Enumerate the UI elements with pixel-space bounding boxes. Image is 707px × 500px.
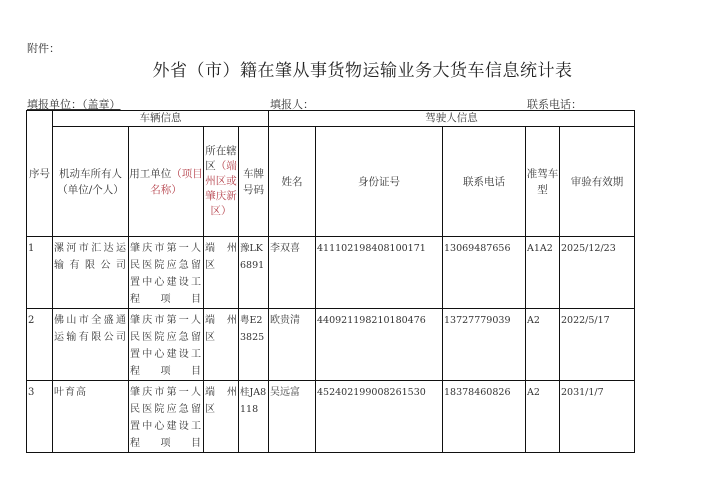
cell-license-type: A1A2 [526,237,560,309]
cell-id-number: 452402199008261530 [316,381,443,453]
cell-employer: 肇庆市第一人民医院应急留置中心建设工程项目 [129,237,204,309]
district-char: 区 [205,329,237,346]
cell-seq: 2 [27,309,53,381]
header-employer-text: 用工单位 [129,168,171,180]
cell-employer: 肇庆市第一人民医院应急留置中心建设工程项目 [129,309,204,381]
cell-owner: 叶育高 [53,381,129,453]
district-char: 区 [205,257,237,274]
header-owner: 机动车所有人（单位/个人） [53,127,129,237]
header-employer: 用工单位（项目名称） [129,127,204,237]
cell-plate: 粤E23825 [239,309,269,381]
header-plate: 车牌号码 [239,127,269,237]
table-row: 2 佛山市全盛通运输有限公司 肇庆市第一人民医院应急留置中心建设工程项目 端州 … [27,309,635,381]
cell-phone: 18378460826 [443,381,526,453]
truck-info-table: 序号 车辆信息 驾驶人信息 机动车所有人（单位/个人） 用工单位（项目名称） 所… [26,110,635,453]
cell-inspection-validity: 2025/12/23 [560,237,635,309]
page-title: 外省（市）籍在肇从事货物运输业务大货车信息统计表 [0,56,707,81]
cell-license-type: A2 [526,381,560,453]
cell-name: 吴远富 [269,381,316,453]
cell-inspection-validity: 2031/1/7 [560,381,635,453]
cell-district: 端州 区 [204,309,239,381]
attachment-label: 附件： [27,40,60,56]
cell-employer: 肇庆市第一人民医院应急留置中心建设工程项目 [129,381,204,453]
cell-id-number: 411102198408100171 [316,237,443,309]
header-inspection-validity: 审验有效期 [560,127,635,237]
group-header-vehicle-info: 车辆信息 [53,111,269,127]
table-row: 1 漯河市汇达运输有限公司 肇庆市第一人民医院应急留置中心建设工程项目 端州 区… [27,237,635,309]
cell-district: 端州 区 [204,237,239,309]
cell-name: 李双喜 [269,237,316,309]
cell-owner: 漯河市汇达运输有限公司 [53,237,129,309]
header-phone: 联系电话 [443,127,526,237]
cell-id-number: 440921198210180476 [316,309,443,381]
group-header-driver-info: 驾驶人信息 [269,111,635,127]
district-char: 区 [205,401,237,418]
district-char: 州 [227,384,237,401]
district-char: 端 [205,384,215,401]
header-owner-text: 机动车所有人（单位/个人） [57,168,124,196]
header-district: 所在辖区（端州区或肇庆新区） [204,127,239,237]
cell-seq: 3 [27,381,53,453]
header-license-type: 准驾车型 [526,127,560,237]
cell-owner: 佛山市全盛通运输有限公司 [53,309,129,381]
district-char: 端 [205,240,215,257]
header-name: 姓名 [269,127,316,237]
cell-phone: 13069487656 [443,237,526,309]
header-id-number: 身份证号 [316,127,443,237]
table-row: 3 叶育高 肇庆市第一人民医院应急留置中心建设工程项目 端州 区 桂JA8118… [27,381,635,453]
cell-district: 端州 区 [204,381,239,453]
cell-seq: 1 [27,237,53,309]
header-seq: 序号 [27,111,53,237]
district-char: 州 [227,240,237,257]
cell-name: 欧贵清 [269,309,316,381]
district-char: 端 [205,312,215,329]
cell-plate: 豫LK6891 [239,237,269,309]
cell-inspection-validity: 2022/5/17 [560,309,635,381]
cell-phone: 13727779039 [443,309,526,381]
cell-plate: 桂JA8118 [239,381,269,453]
district-char: 州 [227,312,237,329]
cell-license-type: A2 [526,309,560,381]
